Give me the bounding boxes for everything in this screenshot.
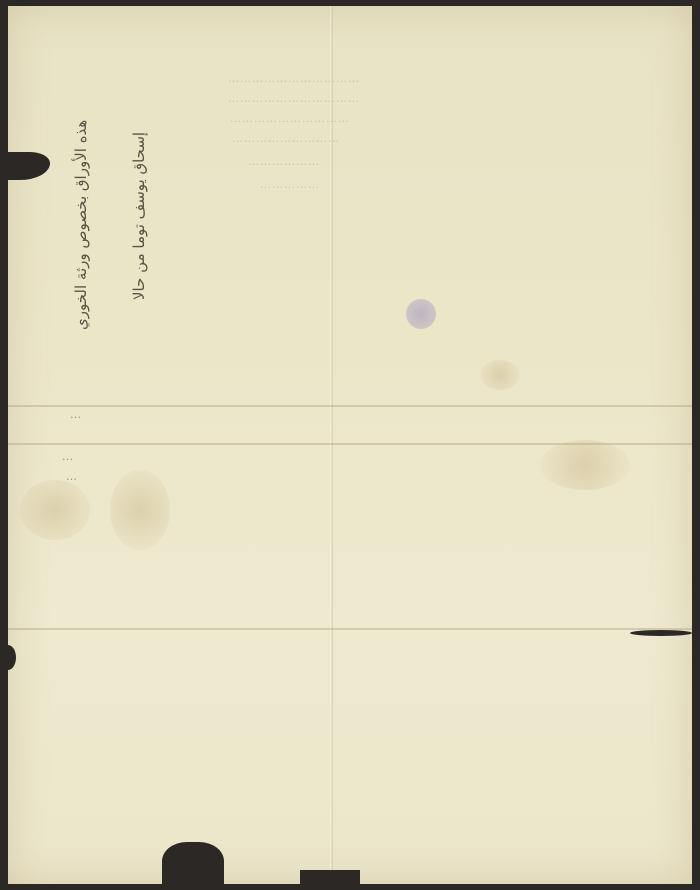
pencil-annotation: … — [66, 470, 77, 483]
paper-tear — [0, 645, 16, 670]
stain — [540, 440, 630, 490]
paper-tear — [300, 870, 360, 890]
pencil-annotation: … — [70, 408, 81, 421]
horizontal-fold — [8, 405, 692, 407]
margin-note-line-1: هذه الأوراق بخصوص ورثة الخوري — [72, 120, 90, 330]
paper-tear — [162, 842, 224, 890]
stain — [480, 360, 520, 390]
paper-tear — [630, 630, 692, 636]
stain — [110, 470, 170, 550]
bleed-through-text: …………………………… — [228, 92, 360, 105]
bleed-through-text: ……………………… — [232, 132, 340, 145]
ink-stamp — [406, 299, 436, 329]
horizontal-fold — [8, 628, 692, 630]
bleed-through-text: …………………………… — [228, 72, 360, 85]
pencil-annotation: … — [62, 450, 73, 463]
bleed-through-text: ………………………… — [230, 112, 350, 125]
bleed-through-text: ……………… — [248, 155, 320, 168]
bleed-through-text: …………… — [260, 178, 320, 191]
stain — [20, 480, 90, 540]
margin-note-line-2: إسحاق يوسف توما من حالا — [130, 132, 148, 300]
